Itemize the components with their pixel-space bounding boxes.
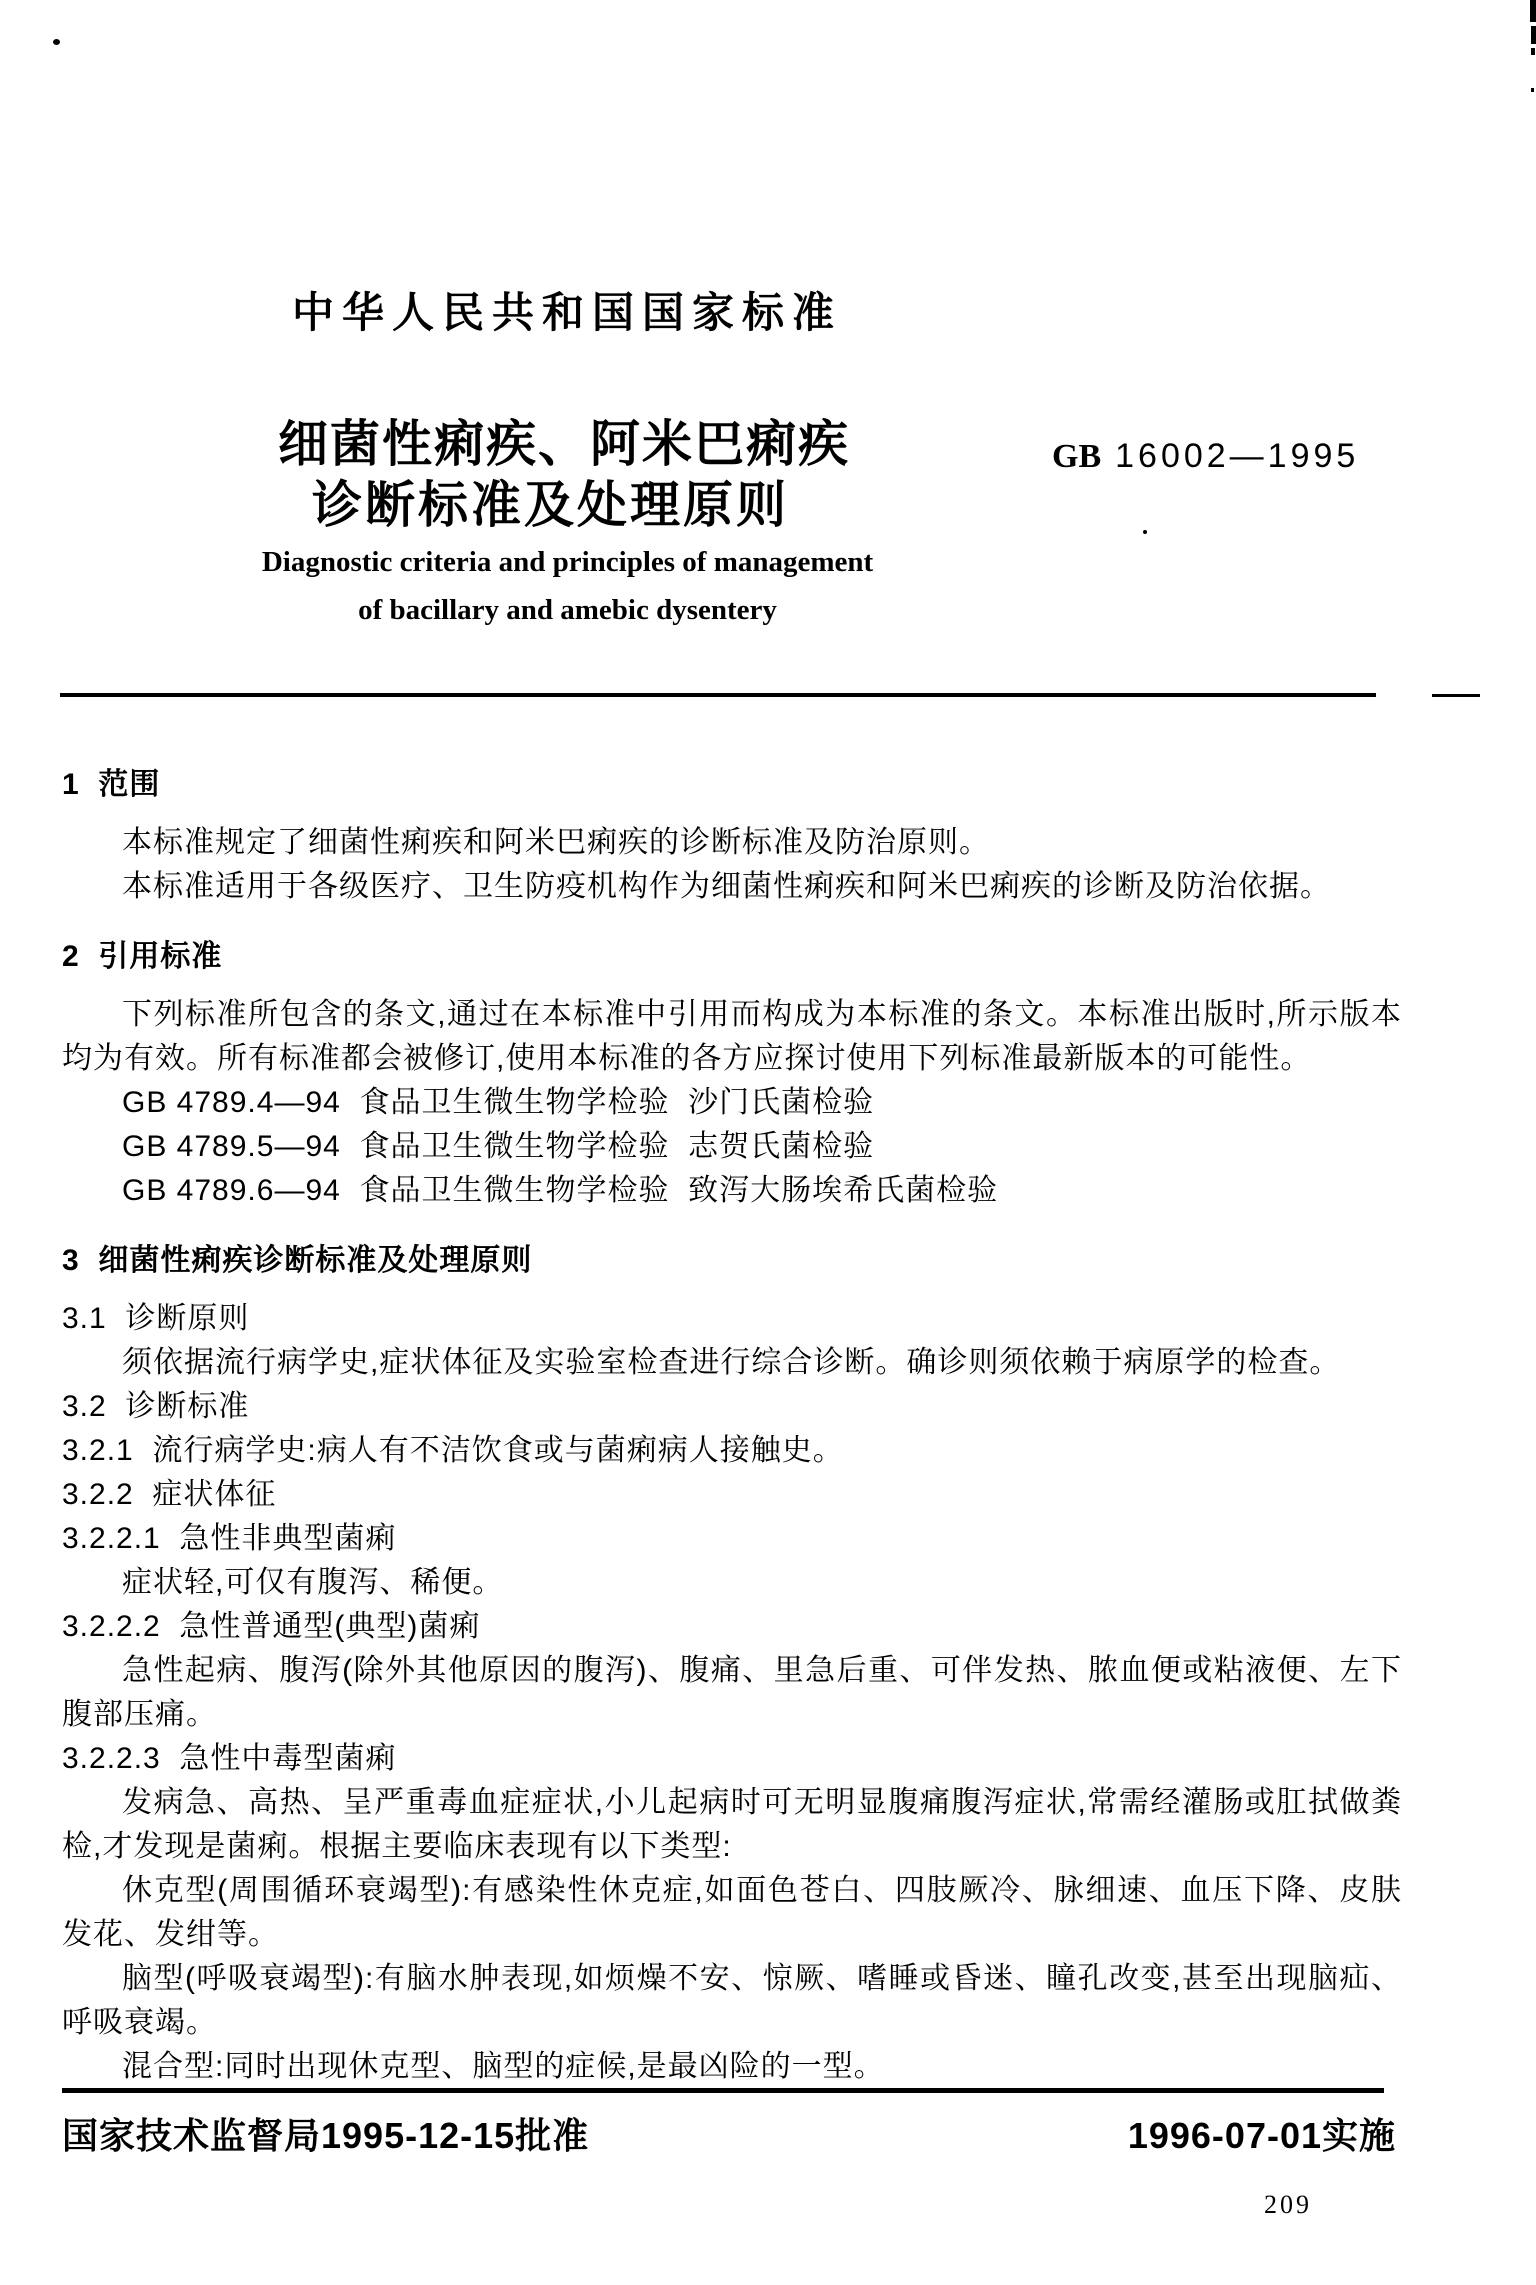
reference-item: GB 4789.6—94 食品卫生微生物学检验 致泻大肠埃希氏菌检验 (62, 1169, 1402, 1213)
english-title-line1: Diagnostic criteria and principles of ma… (255, 546, 880, 579)
english-title-line2: of bacillary and amebic dysentery (255, 594, 880, 627)
paragraph: 脑型(呼吸衰竭型):有脑水肿表现,如烦燥不安、惊厥、嗜睡或昏迷、瞳孔改变,甚至出… (62, 1957, 1402, 2045)
scan-artifact (1531, 48, 1535, 55)
paragraph: 本标准适用于各级医疗、卫生防疫机构作为细菌性痢疾和阿米巴痢疾的诊断及防治依据。 (62, 865, 1402, 909)
paragraph: 症状轻,可仅有腹泻、稀便。 (62, 1561, 1402, 1605)
paragraph: 发病急、高热、呈严重毒血症症状,小儿起病时可无明显腹痛腹泻症状,常需经灌肠或肛拭… (62, 1781, 1402, 1869)
section-heading: 3 细菌性痢疾诊断标准及处理原则 (62, 1239, 1402, 1283)
scan-artifact (1531, 26, 1536, 44)
section-heading: 1 范围 (62, 763, 1402, 807)
paragraph: 下列标准所包含的条文,通过在本标准中引用而构成为本标准的条文。本标准出版时,所示… (62, 993, 1402, 1081)
paragraph: 休克型(周围循环衰竭型):有感染性休克症,如面色苍白、四肢厥冷、脉细速、血压下降… (62, 1869, 1402, 1957)
footer-divider (62, 2088, 1384, 2093)
standard-code-prefix: GB (1052, 438, 1101, 475)
clause-heading: 3.2.2.1 急性非典型菌痢 (62, 1517, 1402, 1561)
reference-item: GB 4789.4—94 食品卫生微生物学检验 沙门氏菌检验 (62, 1081, 1402, 1125)
scan-artifact (53, 39, 60, 45)
paragraph: 本标准规定了细菌性痢疾和阿米巴痢疾的诊断标准及防治原则。 (62, 821, 1402, 865)
document-body: 1 范围本标准规定了细菌性痢疾和阿米巴痢疾的诊断标准及防治原则。本标准适用于各级… (0, 697, 1536, 2089)
scan-artifact (1143, 530, 1147, 534)
standard-code: GB16002—1995 (1052, 437, 1359, 476)
scan-artifact (1530, 0, 1536, 22)
document-title-line2: 诊断标准及处理原则 (312, 465, 789, 537)
footer: 国家技术监督局1995-12-15批准 1996-07-01实施 (62, 2108, 1396, 2159)
section-heading: 2 引用标准 (62, 935, 1402, 979)
paragraph: 急性起病、腹泻(除外其他原因的腹泻)、腹痛、里急后重、可伴发热、脓血便或粘液便、… (62, 1649, 1402, 1737)
approval-note: 国家技术监督局1995-12-15批准 (62, 2108, 589, 2159)
clause-heading: 3.2.2 症状体征 (62, 1473, 1402, 1517)
clause-heading: 3.1 诊断原则 (62, 1297, 1402, 1341)
paragraph: 混合型:同时出现休克型、脑型的症候,是最凶险的一型。 (62, 2045, 1402, 2089)
english-title: Diagnostic criteria and principles of ma… (255, 546, 880, 627)
scan-artifact (1531, 88, 1534, 92)
standard-label: 中华人民共和国国家标准 (292, 280, 842, 340)
standard-code-number: 16002—1995 (1115, 437, 1359, 475)
clause-heading: 3.2.1 流行病学史:病人有不洁饮食或与菌痢病人接触史。 (62, 1429, 1402, 1473)
reference-item: GB 4789.5—94 食品卫生微生物学检验 志贺氏菌检验 (62, 1125, 1402, 1169)
page-number: 209 (1264, 2190, 1312, 2220)
implementation-note: 1996-07-01实施 (1128, 2108, 1396, 2159)
clause-heading: 3.2.2.3 急性中毒型菌痢 (62, 1737, 1402, 1781)
document-page: 中华人民共和国国家标准 细菌性痢疾、阿米巴痢疾 GB16002—1995 诊断标… (0, 0, 1536, 2285)
clause-heading: 3.2.2.2 急性普通型(典型)菌痢 (62, 1605, 1402, 1649)
paragraph: 须依据流行病学史,症状体征及实验室检查进行综合诊断。确诊则须依赖于病原学的检查。 (62, 1341, 1402, 1385)
clause-heading: 3.2 诊断标准 (62, 1385, 1402, 1429)
